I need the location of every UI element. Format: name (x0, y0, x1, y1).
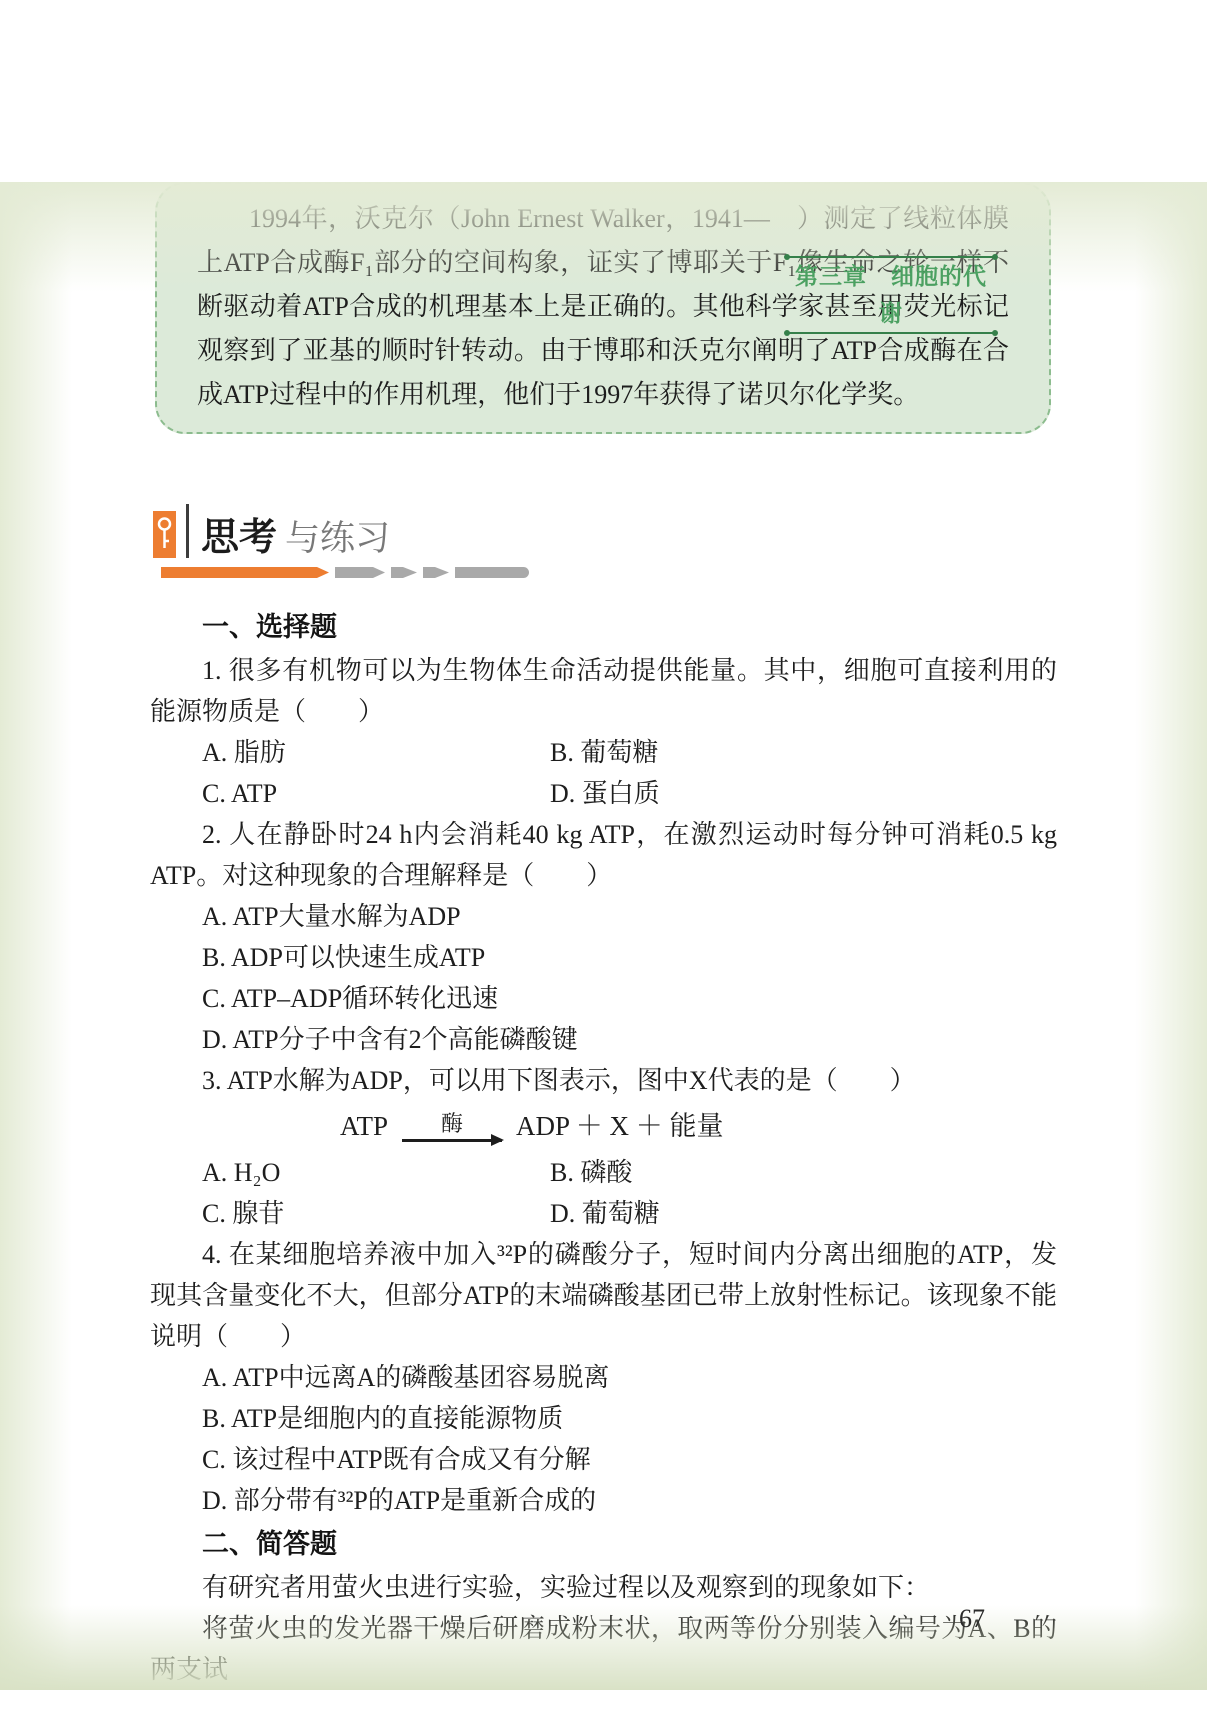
q1-options: A. 脂肪 B. 葡萄糖 C. ATP D. 蛋白质 (150, 732, 1057, 814)
q1-option-b: B. 葡萄糖 (550, 732, 1057, 773)
header-rule-top (787, 256, 995, 258)
q3-option-c: C. 腺苷 (202, 1193, 550, 1234)
q2-option-b: B. ADP可以快速生成ATP (202, 937, 1057, 978)
short-answer-line2: 将萤火虫的发光器干燥后研磨成粉末状，取两等份分别装入编号为A、B的两支试 (150, 1608, 1057, 1690)
equation-right: ADP ＋ X ＋ 能量 (516, 1111, 724, 1142)
q3-option-a: A. H₂O (202, 1152, 550, 1193)
q4-options: A. ATP中远离A的磷酸基团容易脱离 B. ATP是细胞内的直接能源物质 C.… (150, 1357, 1057, 1521)
q4-option-c: C. 该过程中ATP既有合成又有分解 (202, 1439, 1057, 1480)
q4-option-b: B. ATP是细胞内的直接能源物质 (202, 1398, 1057, 1439)
reaction-arrow-icon: 酶 (402, 1112, 502, 1142)
q2-options: A. ATP大量水解为ADP B. ADP可以快速生成ATP C. ATP–AD… (150, 896, 1057, 1060)
q3-option-b: B. 磷酸 (550, 1152, 1057, 1193)
enzyme-label: 酶 (441, 1112, 463, 1136)
q2-option-d: D. ATP分子中含有2个高能磷酸键 (202, 1019, 1057, 1060)
section-title-light: 与练习 (285, 520, 390, 558)
arrow-line (402, 1139, 502, 1142)
heading-short-answer: 二、简答题 (150, 1521, 1057, 1567)
heading-multiple-choice: 一、选择题 (150, 604, 1057, 650)
q3-stem: 3. ATP水解为ADP，可以用下图表示，图中X代表的是（ ） (150, 1060, 1057, 1101)
q1-stem: 1. 很多有机物可以为生物体生命活动提供能量。其中，细胞可直接利用的能源物质是（… (150, 650, 1057, 732)
key-icon (153, 511, 176, 558)
q2-option-c: C. ATP–ADP循环转化迅速 (202, 978, 1057, 1019)
q2-option-a: A. ATP大量水解为ADP (202, 896, 1057, 937)
page-number: 67 (959, 1604, 985, 1634)
q4-stem: 4. 在某细胞培养液中加入³²P的磷酸分子，短时间内分离出细胞的ATP，发现其含… (150, 1234, 1057, 1357)
q4-option-a: A. ATP中远离A的磷酸基团容易脱离 (202, 1357, 1057, 1398)
q4-option-d: D. 部分带有³²P的ATP是重新合成的 (202, 1480, 1057, 1521)
underline-bar-gray (455, 567, 529, 578)
q1-option-c: C. ATP (202, 773, 550, 814)
section-title-row: 思考 与练习 (153, 504, 1207, 558)
chapter-header: 第三章 细胞的代谢 (787, 256, 995, 334)
section-title-bold: 思考 (201, 518, 277, 558)
page-edge-gradient-left (0, 182, 72, 1690)
divider-line (186, 504, 189, 558)
q3-options: A. H₂O B. 磷酸 C. 腺苷 D. 葡萄糖 (150, 1152, 1057, 1234)
q1-option-a: A. 脂肪 (202, 732, 550, 773)
q1-option-d: D. 蛋白质 (550, 773, 1057, 814)
section-header: 思考 与练习 (153, 504, 1207, 578)
equation-left: ATP (340, 1111, 388, 1142)
underline-chevron-gray-2 (423, 567, 449, 578)
page-edge-gradient-right (1135, 182, 1207, 1690)
header-rule-bottom (787, 332, 995, 334)
underline-arrow-gray (335, 567, 385, 578)
chapter-title: 第三章 细胞的代谢 (787, 258, 995, 332)
underline-chevron-gray-1 (391, 567, 417, 578)
section-underline (161, 567, 1207, 578)
exercise-content: 一、选择题 1. 很多有机物可以为生物体生命活动提供能量。其中，细胞可直接利用的… (150, 604, 1057, 1690)
textbook-page: 第三章 细胞的代谢 1994年，沃克尔（John Ernest Walker，1… (0, 182, 1207, 1690)
short-answer-intro: 有研究者用萤火虫进行实验，实验过程以及观察到的现象如下： (150, 1567, 1057, 1608)
q3-option-d: D. 葡萄糖 (550, 1193, 1057, 1234)
underline-arrow-orange (161, 567, 329, 578)
q2-stem: 2. 人在静卧时24 h内会消耗40 kg ATP，在激烈运动时每分钟可消耗0.… (150, 814, 1057, 896)
atp-hydrolysis-equation: ATP 酶 ADP ＋ X ＋ 能量 (340, 1111, 1057, 1142)
